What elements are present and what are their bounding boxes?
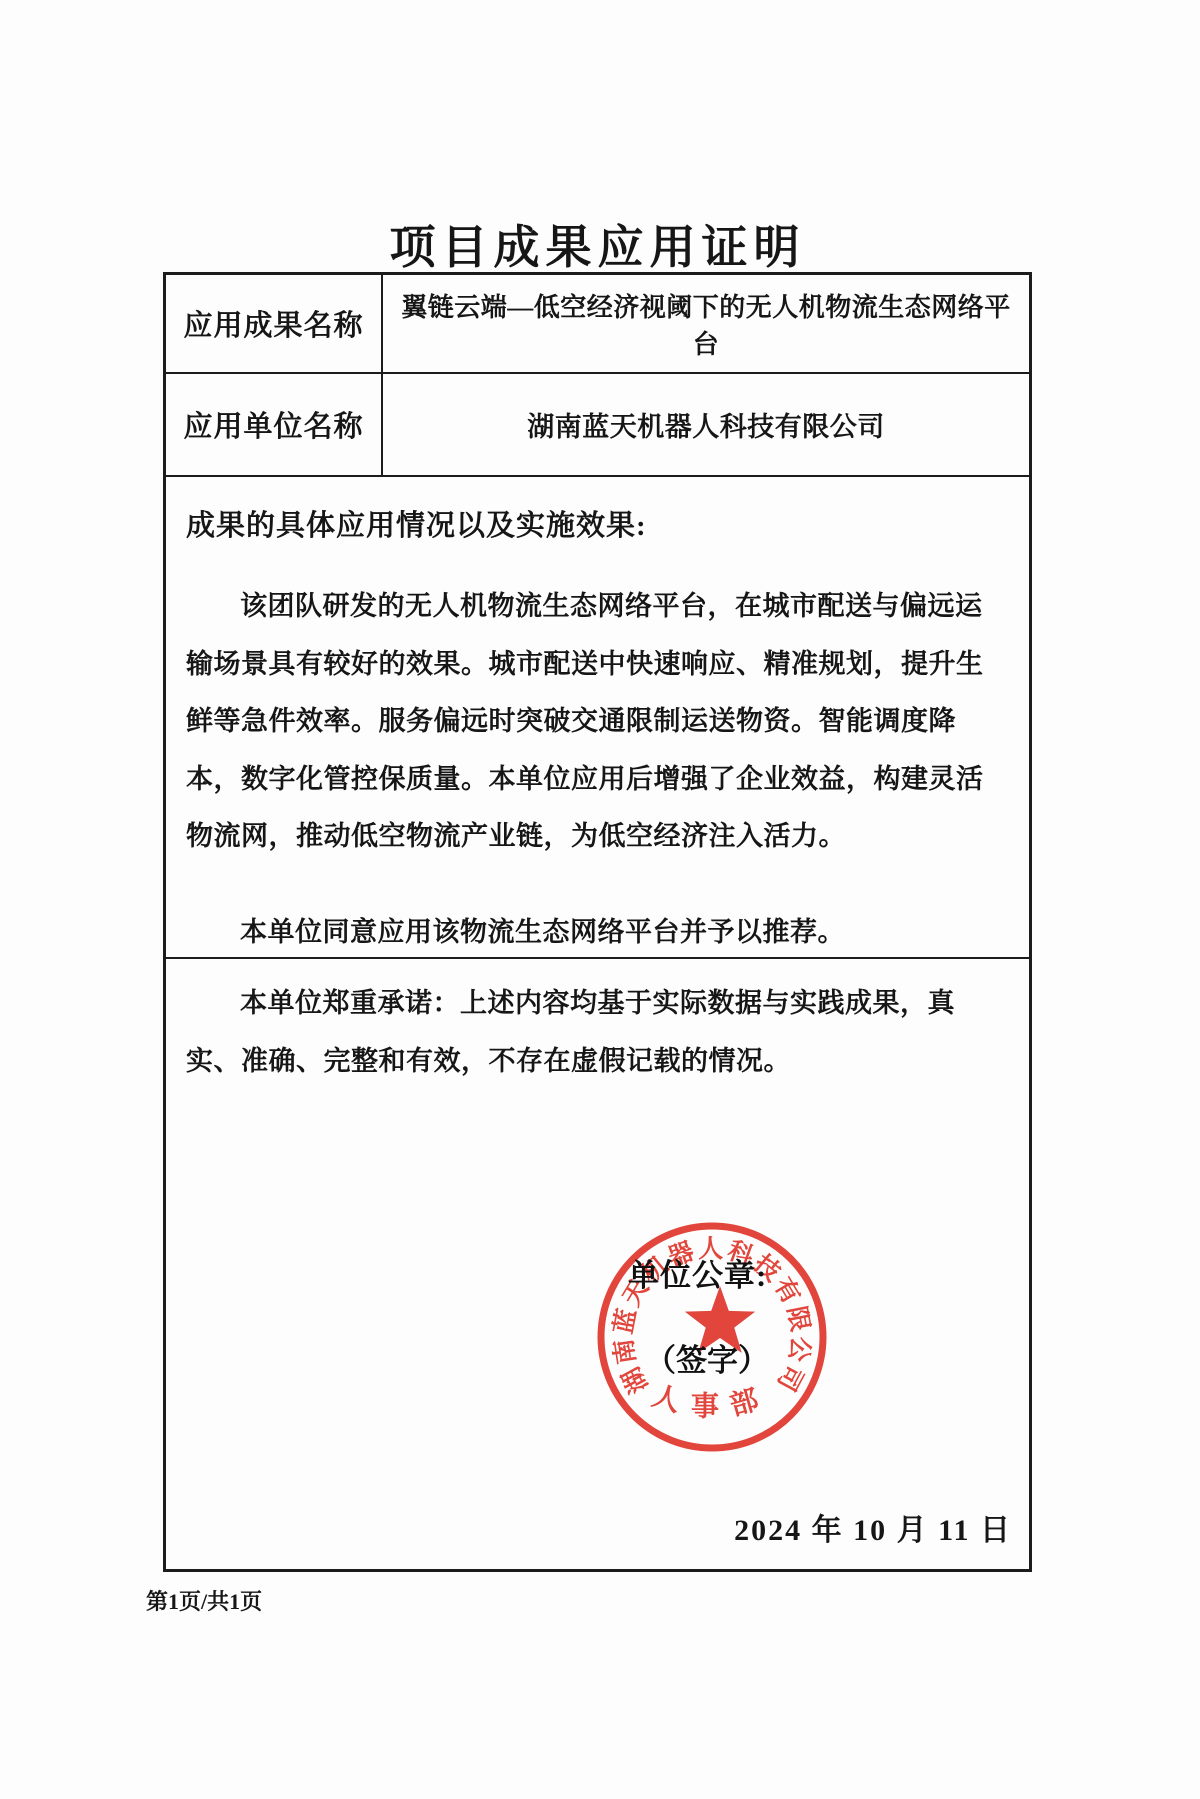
field-label-achievement-name: 应用成果名称 <box>166 275 383 372</box>
certificate-table: 应用成果名称 翼链云端—低空经济视阈下的无人机物流生态网络平台 应用单位名称 湖… <box>163 272 1032 1572</box>
seal-department-text: 人事部 <box>648 1380 775 1423</box>
recommendation-paragraph: 本单位同意应用该物流生态网络平台并予以推荐。 <box>186 904 1009 962</box>
field-label-unit-name: 应用单位名称 <box>166 374 383 475</box>
application-paragraph: 该团队研发的无人机物流生态网络平台，在城市配送与偏远运输场景具有较好的效果。城市… <box>186 578 1009 866</box>
table-row: 应用成果名称 翼链云端—低空经济视阈下的无人机物流生态网络平台 <box>166 275 1029 374</box>
signature-field-label: （签字） <box>645 1335 769 1380</box>
field-value-achievement-name: 翼链云端—低空经济视阈下的无人机物流生态网络平台 <box>383 275 1029 372</box>
section-heading: 成果的具体应用情况以及实施效果: <box>186 477 1009 544</box>
certificate-page: 项目成果应用证明 应用成果名称 翼链云端—低空经济视阈下的无人机物流生态网络平台… <box>0 0 1200 1799</box>
table-row: 应用单位名称 湖南蓝天机器人科技有限公司 <box>166 374 1029 477</box>
field-value-unit-name: 湖南蓝天机器人科技有限公司 <box>383 374 1029 475</box>
page-title: 项目成果应用证明 <box>163 211 1032 277</box>
date-text: 2024 年 10 月 11 日 <box>734 1505 1012 1549</box>
application-effect-section: 成果的具体应用情况以及实施效果: 该团队研发的无人机物流生态网络平台，在城市配送… <box>166 477 1029 959</box>
promise-paragraph: 本单位郑重承诺：上述内容均基于实际数据与实践成果，真实、准确、完整和有效，不存在… <box>186 975 1009 1090</box>
promise-section: 本单位郑重承诺：上述内容均基于实际数据与实践成果，真实、准确、完整和有效，不存在… <box>166 959 1029 1569</box>
seal-field-label: 单位公章: <box>628 1250 767 1295</box>
page-number-footer: 第1页/共1页 <box>146 1585 262 1616</box>
